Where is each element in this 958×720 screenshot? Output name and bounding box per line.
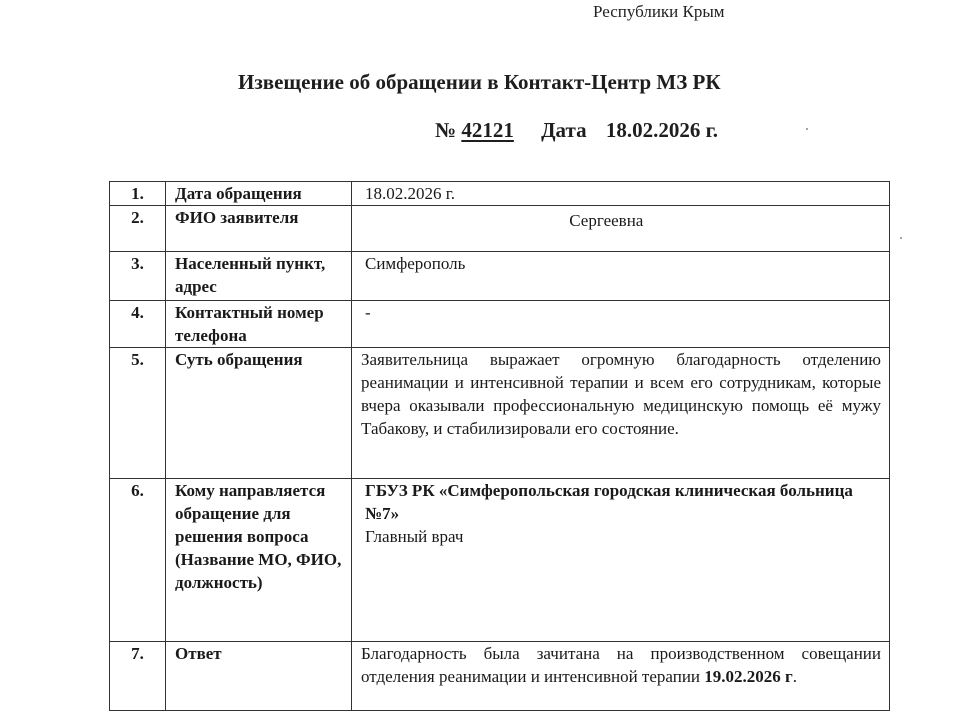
recipient-position: Главный врач (365, 525, 881, 548)
row-number: 5. (110, 348, 166, 479)
document-date: 18.02.2026 г. (606, 118, 718, 142)
applicant-patronymic: Сергеевна (569, 211, 643, 230)
row-value: Сергеевна (352, 206, 890, 252)
row-number: 6. (110, 479, 166, 642)
table-row: 2. ФИО заявителя Сергеевна (110, 206, 890, 252)
row-value: - (352, 301, 890, 348)
row-number: 7. (110, 642, 166, 711)
row-label: Дата обращения (166, 182, 352, 206)
row-label: ФИО заявителя (166, 206, 352, 252)
notice-table: 1. Дата обращения 18.02.2026 г. 2. ФИО з… (109, 181, 890, 711)
table-row: 1. Дата обращения 18.02.2026 г. (110, 182, 890, 206)
document-number: 42121 (461, 118, 514, 142)
recipient-organization: ГБУЗ РК «Симферопольская городская клини… (365, 479, 881, 525)
table-row: 5. Суть обращения Заявительница выражает… (110, 348, 890, 479)
table-row: 6. Кому направляется обращение для решен… (110, 479, 890, 642)
row-label: Населенный пункт, адрес (166, 252, 352, 301)
row-label: Контактный номер телефона (166, 301, 352, 348)
row-number: 1. (110, 182, 166, 206)
scan-speck (900, 237, 902, 239)
answer-tail: . (793, 667, 797, 686)
document-number-line: № 42121 Дата 18.02.2026 г. (435, 118, 718, 143)
row-number: 4. (110, 301, 166, 348)
row-label: Кому направляется обращение для решения … (166, 479, 352, 642)
row-value: Заявительница выражает огромную благодар… (352, 348, 890, 479)
row-label: Суть обращения (166, 348, 352, 479)
answer-text: Благодарность была зачитана на производс… (361, 644, 881, 686)
row-value: ГБУЗ РК «Симферопольская городская клини… (352, 479, 890, 642)
document-title: Извещение об обращении в Контакт-Центр М… (238, 70, 721, 95)
number-sign: № (435, 118, 456, 142)
row-number: 2. (110, 206, 166, 252)
row-value: Благодарность была зачитана на производс… (352, 642, 890, 711)
date-label: Дата (541, 118, 586, 142)
organization-line: Республики Крым (593, 2, 725, 22)
table-row: 7. Ответ Благодарность была зачитана на … (110, 642, 890, 711)
row-value: Симферополь (352, 252, 890, 301)
row-value: 18.02.2026 г. (352, 182, 890, 206)
row-label: Ответ (166, 642, 352, 711)
scan-speck (806, 128, 808, 130)
table-row: 3. Населенный пункт, адрес Симферополь (110, 252, 890, 301)
answer-date: 19.02.2026 г (704, 667, 792, 686)
table-row: 4. Контактный номер телефона - (110, 301, 890, 348)
row-number: 3. (110, 252, 166, 301)
